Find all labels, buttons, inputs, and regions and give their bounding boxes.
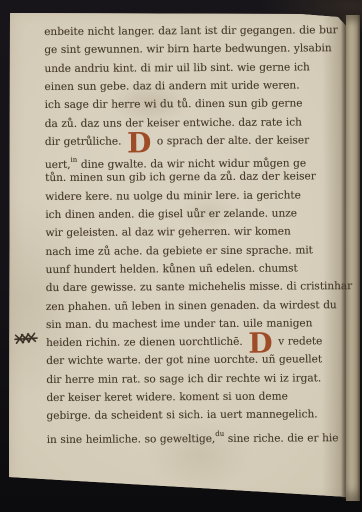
manuscript-line: dir getrůliche. D o sprach der alte. der… [45,131,309,151]
quire-mark-icon [14,330,42,346]
text-run: da zů. daz uns der keiser entwiche. daz … [45,116,302,130]
manuscript-line: uunf hundert helden. kůnen uñ edelen. ch… [46,259,298,279]
text-run: enbeite nicht langer. daz lant ist dir g… [44,24,338,38]
text-run: dir herre min rat. so sage ich dir recht… [46,372,321,386]
manuscript-line: nach ime zů ache. da gebiete er sine spr… [45,241,312,261]
text-run: ich dinen anden. die gisel uůr er zeland… [45,207,297,221]
manuscript-line: wir geleisten. al daz wir geherren. wir … [45,223,290,242]
adjacent-page-edge [346,15,360,501]
manuscript-line: enbeite nicht langer. daz lant ist dir g… [44,21,338,41]
manuscript-line: unde andriu kint. di mir uil lib sint. w… [44,58,310,78]
text-run: der wichte warte. der got nine uorchte. … [46,354,322,368]
text-run: wir geleisten. al daz wir geherren. wir … [45,226,290,239]
text-run: tůn. minen sun gib ich gerne da zů. daz … [45,171,316,185]
text-run: gebirge. da scheident si sich. ia uert m… [47,409,318,423]
manuscript-line: zen phahen. uñ leben in sinen genaden. d… [46,296,337,316]
manuscript-line: dir herre min rat. so sage ich dir recht… [46,369,321,389]
text-run: der keiser keret widere. koment si uon d… [46,391,287,404]
text-run: einen sun gebe. daz di andern mit uride … [44,79,299,93]
manuscript-line: der keiser keret widere. koment si uon d… [46,388,287,407]
text-run: uunf hundert helden. kůnen uñ edelen. ch… [46,262,298,276]
text-run: nach ime zů ache. da gebiete er sine spr… [46,244,313,258]
text-run: ich sage dir herre wi du tů. dinen sun g… [45,98,303,112]
manuscript-photo: enbeite nicht langer. daz lant ist dir g… [0,0,362,512]
text-run: sin man. du machest ime under tan. uile … [46,317,312,331]
text-run: ge sint gewunnen. wir birn harte bedwung… [44,43,331,57]
manuscript-line: sin man. du machest ime under tan. uile … [46,314,313,334]
manuscript-line: ich sage dir herre wi du tů. dinen sun g… [45,95,303,115]
text-run: o sprach der alte. der keiser [153,134,309,147]
manuscript-line: einen sun gebe. daz di andern mit uride … [44,76,299,96]
manuscript-line: widere kere. nu uolge du minir lere. ia … [45,186,301,206]
manuscript-line: gebirge. da scheident si sich. ia uert m… [46,406,317,426]
text-run: v redete [275,335,323,347]
text-run: du dare gewisse. zu sante michehelis mis… [46,280,352,294]
manuscript-line: uert,in dine gwalte. da wir nicht widur … [45,149,306,169]
text-run: dir getrůliche. [45,135,125,147]
text-run: sine riche. die er hie [224,432,338,445]
text-run: unde andriu kint. di mir uil lib sint. w… [44,61,309,75]
text-run: widere kere. nu uolge du minir lere. ia … [45,189,301,203]
manuscript-line: tůn. minen sun gib ich gerne da zů. daz … [45,168,316,188]
text-run: in sine heimliche. so geweltige, [47,433,216,446]
manuscript-line: ge sint gewunnen. wir birn harte bedwung… [44,40,331,60]
manuscript-line: heiden richin. ze dienen uorchtlichē. D … [46,332,322,352]
manuscript-line: in sine heimliche. so geweltige,du sine … [47,424,339,444]
manuscript-line: ich dinen anden. die gisel uůr er zeland… [45,204,297,224]
text-run: zen phahen. uñ leben in sinen genaden. d… [46,299,337,313]
interlinear-gloss: du [215,430,224,438]
text-block: enbeite nicht langer. daz lant ist dir g… [44,0,347,512]
manuscript-line: der wichte warte. der got nine uorchte. … [46,351,322,371]
text-run: heiden richin. ze dienen uorchtlichē. [46,336,246,349]
manuscript-line: da zů. daz uns der keiser entwiche. daz … [45,113,302,133]
manuscript-line: du dare gewisse. zu sante michehelis mis… [46,277,353,297]
